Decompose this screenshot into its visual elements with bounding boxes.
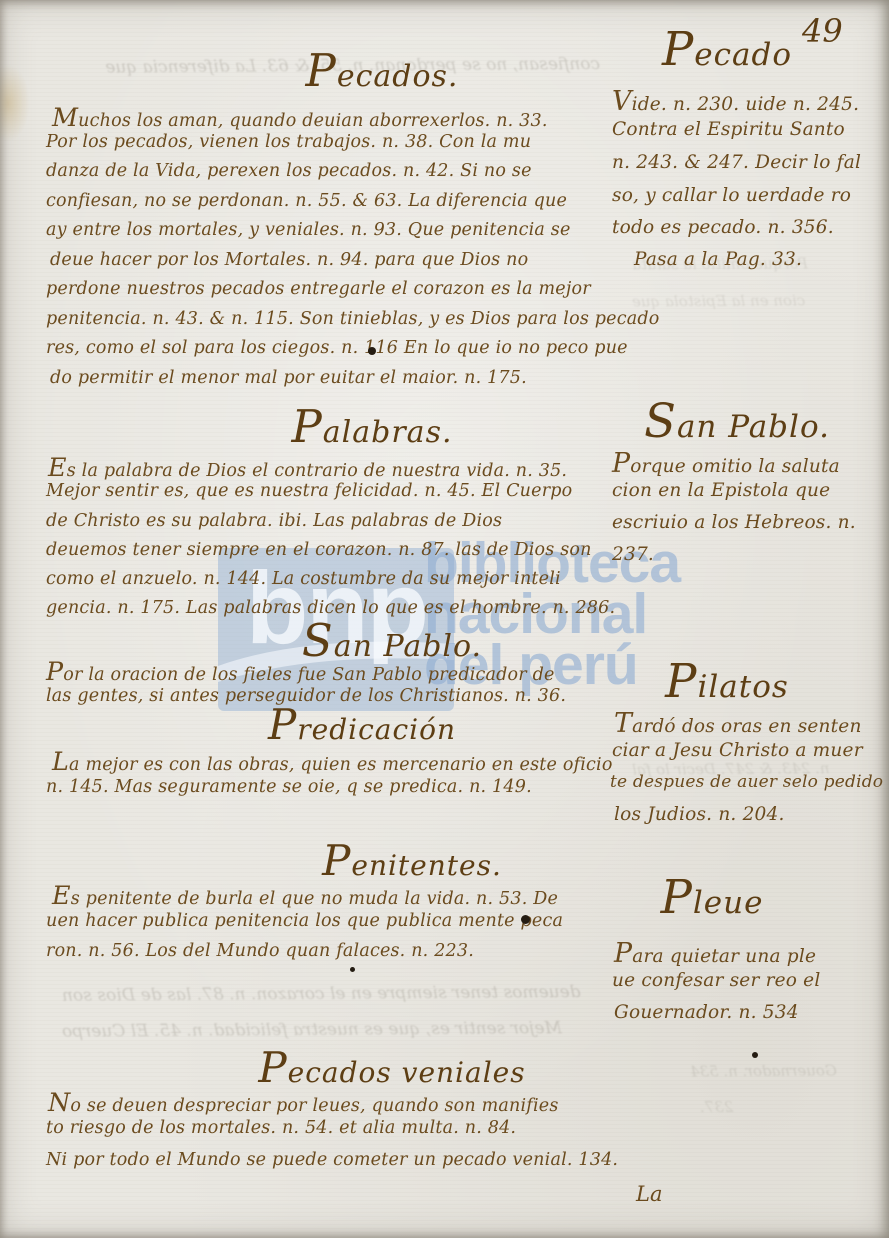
section-heading-palabras: Palabras. [46,400,658,453]
manuscript-line: ay entre los mortales, y veniales. n. 93… [46,220,571,240]
manuscript-line: n. 145. Mas seguramente se oie, q se pre… [46,777,532,797]
margin-heading-pilatos: Pilatos [612,654,842,708]
manuscript-line: cion en la Epistola que [612,480,830,501]
manuscript-line: Es penitente de burla el que no muda la … [52,880,558,910]
manuscript-line: n. 243. & 247. Decir lo fal [612,152,861,173]
margin-heading-pleue: Pleue [612,870,812,924]
catchword: La [636,1182,662,1206]
manuscript-line: de Christo es su palabra. ibi. Las palab… [46,511,502,531]
manuscript-line: Mejor sentir es, que es nuestra felicida… [46,481,572,501]
manuscript-line: to riesgo de los mortales. n. 54. et ali… [46,1118,516,1138]
ink-blot [521,915,530,924]
manuscript-line: Por la oracion de los fieles fue San Pab… [46,656,555,686]
paper-stain [0,64,30,142]
manuscript-line: No se deuen despreciar por leues, quando… [48,1087,559,1117]
manuscript-line: ue confesar ser reo el [612,970,820,991]
section-heading-predicacion: Predicación [46,700,648,749]
margin-heading-pecado: Pecado [612,22,842,76]
showthrough-ghost: 237. [700,1098,734,1116]
section-heading-pecados: Pecados. [46,44,668,97]
manuscript-line: Muchos los aman, quando deuian aborrexer… [52,102,548,132]
manuscript-line: escriuio a los Hebreos. n. [612,512,856,533]
manuscript-line: penitencia. n. 43. & n. 115. Son tiniebl… [46,309,660,329]
manuscript-line: ciar a Jesu Christo a muer [612,740,863,761]
margin-heading-san-pablo: San Pablo. [612,394,862,448]
manuscript-line: Para quietar una ple [614,938,816,969]
manuscript-line: confiesan, no se perdonan. n. 55. & 63. … [46,191,567,211]
manuscript-line: res, como el sol para los ciegos. n. 116… [46,338,628,358]
section-heading-pecados-veniales: Pecados veniales [46,1043,678,1092]
ink-blot [350,967,355,972]
manuscript-line: Contra el Espiritu Santo [612,119,845,140]
manuscript-line: te despues de auer selo pedido [610,772,883,792]
manuscript-line: todo es pecado. n. 356. [612,217,834,238]
showthrough-ghost: cion en la Epistola que [632,291,805,310]
manuscript-line: do permitir el menor mal por euitar el m… [50,368,527,388]
manuscript-line: so, y callar lo uerdade ro [612,185,851,206]
manuscript-line: Ni por todo el Mundo se puede cometer un… [46,1150,618,1170]
ink-blot [752,1052,758,1058]
manuscript-line: Porque omitio la saluta [612,448,840,479]
manuscript-line: Es la palabra de Dios el contrario de nu… [48,452,567,482]
manuscript-line: Tardó dos oras en senten [614,708,862,739]
manuscript-line: uen hacer publica penitencia los que pub… [46,911,563,931]
showthrough-ghost: Mejor sentir es, que es nuestra felicida… [62,1018,562,1041]
manuscript-line: como el anzuelo. n. 144. La costumbre da… [46,569,561,589]
section-heading-penitentes: Penitentes. [46,836,698,885]
showthrough-ghost: Gouernador. n. 534 [690,1061,837,1080]
manuscript-line: 237. [612,544,654,565]
showthrough-ghost: deuemos tener siempre en el corazon. n. … [62,982,581,1006]
manuscript-line: Vide. n. 230. uide n. 245. [612,86,859,117]
manuscript-line: ron. n. 56. Los del Mundo quan falaces. … [46,941,474,961]
manuscript-line: Por los pecados, vienen los trabajos. n.… [46,132,531,152]
manuscript-line: Pasa a la Pag. 33. [634,249,802,270]
manuscript-page: bnp biblioteca nacional del perú confies… [0,0,889,1238]
manuscript-line: deue hacer por los Mortales. n. 94. para… [50,250,528,270]
manuscript-line: los Judios. n. 204. [614,804,785,825]
manuscript-line: deuemos tener siempre en el corazon. n. … [46,540,592,560]
manuscript-line: danza de la Vida, perexen los pecados. n… [46,161,532,181]
ink-blot [368,347,376,355]
manuscript-line: La mejor es con las obras, quien es merc… [52,746,613,776]
manuscript-line: perdone nuestros pecados entregarle el c… [46,279,591,299]
manuscript-line: Gouernador. n. 534 [614,1002,799,1023]
